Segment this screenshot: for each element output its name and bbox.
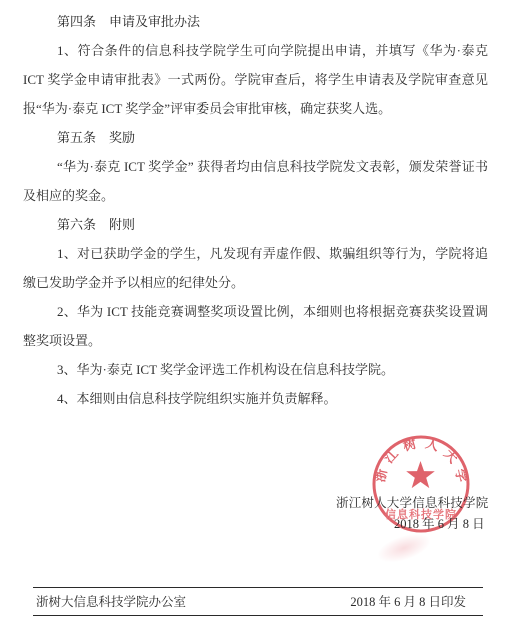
seal-star-icon	[406, 461, 435, 488]
signature-org: 浙江树人大学信息科技学院	[336, 493, 488, 511]
article-6-item-1: 1、对已获助学金的学生，凡发现有弄虚作假、欺骗组织等行为，学院将追缴已发助学金并…	[23, 239, 488, 297]
seal-arc-char-4: 人	[424, 436, 441, 454]
article-6-heading: 第六条 附则	[23, 210, 488, 239]
article-6-item-2: 2、华为 ICT 技能竞赛调整奖项设置比例，本细则也将根据竞赛获奖设置调整奖项设…	[23, 297, 488, 355]
footer-row: 浙树大信息科技学院办公室 2018 年 6 月 8 日印发	[33, 588, 483, 615]
page-footer: 浙树大信息科技学院办公室 2018 年 6 月 8 日印发	[33, 587, 483, 616]
signature-date: 2018 年 6 月 8 日	[394, 514, 485, 532]
article-4-heading: 第四条 申请及审批办法	[23, 7, 488, 36]
seal-arc-char-2: 江	[380, 445, 401, 466]
article-6-item-4: 4、本细则由信息科技学院组织实施并负责解释。	[23, 384, 488, 413]
article-5-heading: 第五条 奖励	[23, 123, 488, 152]
footer-office: 浙树大信息科技学院办公室	[36, 592, 186, 610]
seal-arc-char-1: 浙	[372, 468, 389, 484]
footer-divider-bottom	[33, 615, 483, 616]
seal-arc-char-5: 大	[441, 446, 461, 466]
article-4-item-1: 1、符合条件的信息科技学院学生可向学院提出申请，并填写《华为·泰克 ICT 奖学…	[23, 36, 488, 123]
document-body: 第四条 申请及审批办法 1、符合条件的信息科技学院学生可向学院提出申请，并填写《…	[23, 7, 488, 413]
article-5-body: “华为·泰克 ICT 奖学金” 获得者均由信息科技学院发文表彰，颁发荣誉证书及相…	[23, 152, 488, 210]
article-6-item-3: 3、华为·泰克 ICT 奖学金评选工作机构设在信息科技学院。	[23, 355, 488, 384]
footer-print-date: 2018 年 6 月 8 日印发	[350, 592, 466, 610]
document-page: 第四条 申请及审批办法 1、符合条件的信息科技学院学生可向学院提出申请，并填写《…	[0, 0, 520, 627]
